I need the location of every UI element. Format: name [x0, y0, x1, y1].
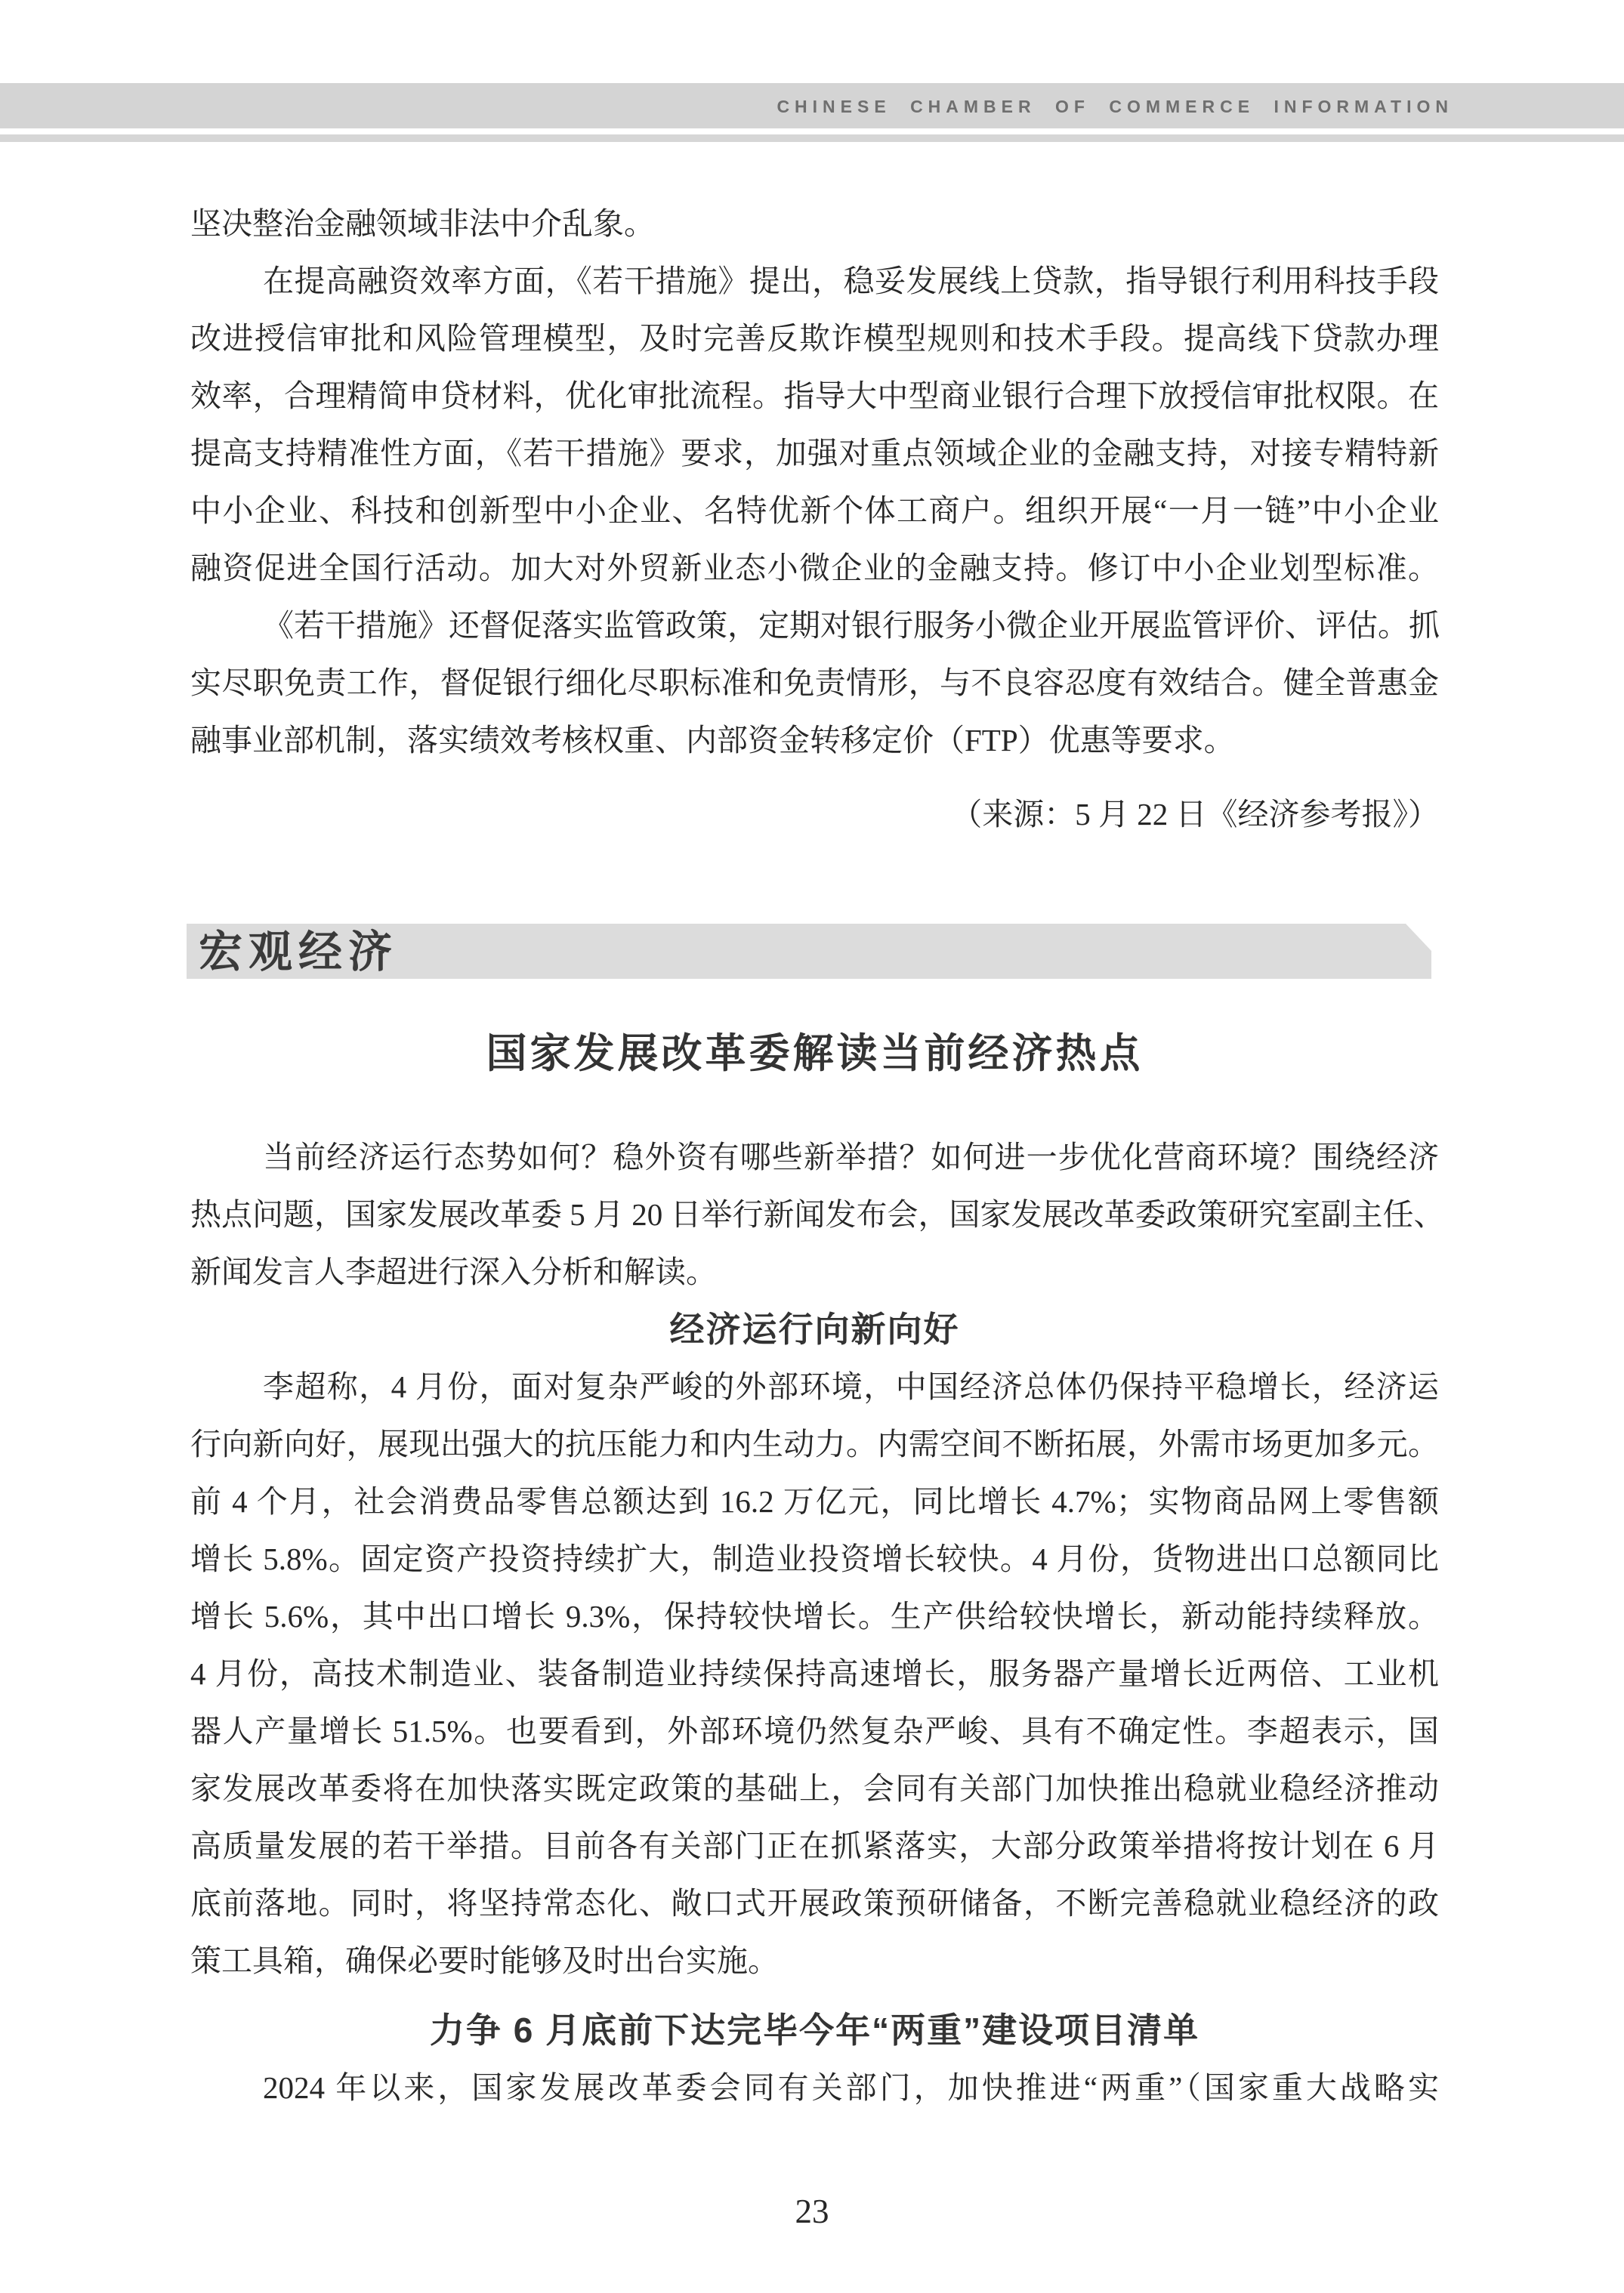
subheading-project-list: 力争 6 月底前下达完毕今年“两重”建设项目清单 — [190, 2001, 1439, 2059]
macro-article: 国家发展改革委解读当前经济热点 当前经济运行态势如何？稳外资有哪些新举措？如何进… — [190, 1023, 1439, 2116]
document-page: { "header": { "caption": "CHINESE CHAMBE… — [0, 0, 1624, 2293]
header-caption: CHINESE CHAMBER OF COMMERCE INFORMATION — [776, 83, 1453, 128]
header-bar: CHINESE CHAMBER OF COMMERCE INFORMATION — [0, 83, 1624, 128]
body-line: 新闻发言人李超进行深入分析和解读。 — [190, 1243, 1439, 1301]
body-line: 增长 5.8%。固定资产投资持续扩大，制造业投资增长较快。4 月份，货物进出口总… — [190, 1530, 1439, 1588]
prev-article-text: 坚决整治金融领域非法中介乱象。 在提高融资效率方面，《若干措施》提出，稳妥发展线… — [190, 195, 1439, 843]
subheading-economy-trend: 经济运行向新向好 — [190, 1301, 1439, 1358]
body-line: 实尽职免责工作，督促银行细化尽职标准和免责情形，与不良容忍度有效结合。健全普惠金 — [190, 654, 1439, 711]
body-line: 家发展改革委将在加快落实既定政策的基础上，会同有关部门加快推出稳就业稳经济推动 — [190, 1760, 1439, 1817]
body-line: 前 4 个月，社会消费品零售总额达到 16.2 万亿元，同比增长 4.7%；实物… — [190, 1473, 1439, 1530]
body-line: 中小企业、科技和创新型中小企业、名特优新个体工商户。组织开展“一月一链”中小企业 — [190, 482, 1439, 539]
article-title: 国家发展改革委解读当前经济热点 — [190, 1023, 1439, 1084]
body-line: 提高支持精准性方面，《若干措施》要求，加强对重点领域企业的金融支持，对接专精特新 — [190, 424, 1439, 482]
body-line: 《若干措施》还督促落实监管政策，定期对银行服务小微企业开展监管评价、评估。抓 — [190, 597, 1439, 654]
body-line: 2024 年以来，国家发展改革委会同有关部门，加快推进“两重”（国家重大战略实 — [190, 2059, 1439, 2116]
header-rule-bar — [0, 134, 1624, 142]
body-line: 增长 5.6%，其中出口增长 9.3%，保持较快增长。生产供给较快增长，新动能持… — [190, 1588, 1439, 1645]
source-attribution: （来源：5 月 22 日《经济参考报》） — [190, 785, 1439, 843]
body-line: 热点问题，国家发展改革委 5 月 20 日举行新闻发布会，国家发展改革委政策研究… — [190, 1186, 1439, 1243]
section-banner-label: 宏观经济 — [187, 924, 1431, 981]
body-line: 当前经济运行态势如何？稳外资有哪些新举措？如何进一步优化营商环境？围绕经济 — [190, 1128, 1439, 1186]
body-line: 底前落地。同时，将坚持常态化、敞口式开展政策预研储备，不断完善稳就业稳经济的政 — [190, 1875, 1439, 1932]
body-line: 策工具箱，确保必要时能够及时出台实施。 — [190, 1932, 1439, 1989]
body-line: 改进授信审批和风险管理模型，及时完善反欺诈模型规则和技术手段。提高线下贷款办理 — [190, 310, 1439, 367]
section-banner: 宏观经济 — [187, 924, 1431, 979]
page-number: 23 — [0, 2192, 1624, 2231]
body-line: 器人产量增长 51.5%。也要看到，外部环境仍然复杂严峻、具有不确定性。李超表示… — [190, 1702, 1439, 1760]
body-line: 4 月份，高技术制造业、装备制造业持续保持高速增长，服务器产量增长近两倍、工业机 — [190, 1645, 1439, 1702]
body-line: 在提高融资效率方面，《若干措施》提出，稳妥发展线上贷款，指导银行利用科技手段 — [190, 252, 1439, 310]
body-line: 效率，合理精简申贷材料，优化审批流程。指导大中型商业银行合理下放授信审批权限。在 — [190, 367, 1439, 424]
body-line: 高质量发展的若干举措。目前各有关部门正在抓紧落实，大部分政策举措将按计划在 6 … — [190, 1817, 1439, 1875]
body-line: 融事业部机制，落实绩效考核权重、内部资金转移定价（FTP）优惠等要求。 — [190, 711, 1439, 769]
body-line: 行向新向好，展现出强大的抗压能力和内生动力。内需空间不断拓展，外需市场更加多元。 — [190, 1415, 1439, 1473]
body-line: 融资促进全国行活动。加大对外贸新业态小微企业的金融支持。修订中小企业划型标准。 — [190, 539, 1439, 597]
body-line: 坚决整治金融领域非法中介乱象。 — [190, 195, 1439, 252]
body-line: 李超称，4 月份，面对复杂严峻的外部环境，中国经济总体仍保持平稳增长，经济运 — [190, 1358, 1439, 1415]
